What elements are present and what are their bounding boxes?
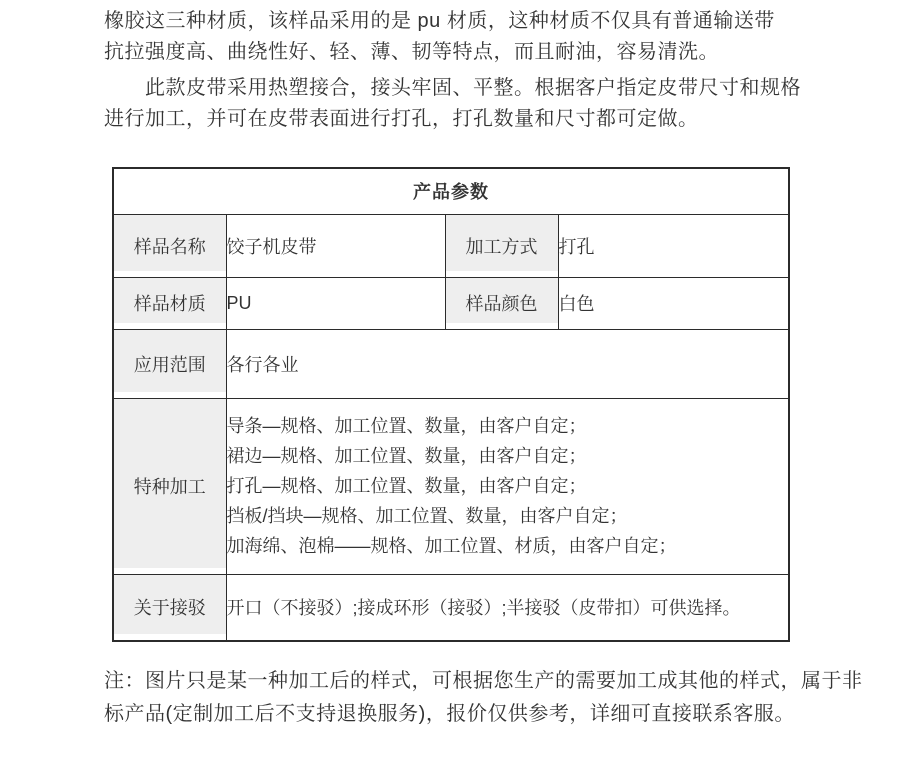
table-row-special-processing: 特种加工 导条—规格、加工位置、数量，由客户自定； 裙边—规格、加工位置、数量，… [113,398,789,574]
param-label-processing: 加工方式 [445,214,558,277]
param-label-joint: 关于接驳 [113,574,226,641]
param-value-material: PU [226,277,445,329]
param-label-material: 样品材质 [113,277,226,329]
param-value-joint: 开口（不接驳）;接成环形（接驳）;半接驳（皮带扣）可供选择。 [226,574,789,641]
intro-text: 橡胶这三种材质，该样品采用的是 pu 材质，这种材质不仅具有普通输送带 抗拉强度… [104,6,804,135]
param-label-application: 应用范围 [113,329,226,398]
param-value-color: 白色 [558,277,789,329]
table-row-material: 样品材质 PU 样品颜色 白色 [113,277,789,329]
table-title-row: 产品参数 [113,168,789,214]
table-title: 产品参数 [113,168,789,214]
param-value-sample-name: 饺子机皮带 [226,214,445,277]
table-row-joint: 关于接驳 开口（不接驳）;接成环形（接驳）;半接驳（皮带扣）可供选择。 [113,574,789,641]
footnote-line2: 标产品(定制加工后不支持退换服务)，报价仅供参考，详细可直接联系客服。 [104,698,810,731]
product-parameters-table: 产品参数 样品名称 饺子机皮带 加工方式 打孔 样品材质 PU 样品颜色 白色 … [112,167,790,642]
intro-p2-line2: 进行加工，并可在皮带表面进行打孔，打孔数量和尺寸都可定做。 [104,104,804,135]
special-processing-line-3: 打孔—规格、加工位置、数量，由客户自定； [227,471,789,501]
table-row-sample-name: 样品名称 饺子机皮带 加工方式 打孔 [113,214,789,277]
intro-p2-line1: 此款皮带采用热塑接合，接头牢固、平整。根据客户指定皮带尺寸和规格 [104,73,804,104]
param-label-color: 样品颜色 [445,277,558,329]
param-value-processing: 打孔 [558,214,789,277]
special-processing-line-2: 裙边—规格、加工位置、数量，由客户自定； [227,441,789,471]
product-detail-page: 橡胶这三种材质，该样品采用的是 pu 材质，这种材质不仅具有普通输送带 抗拉强度… [0,0,900,758]
special-processing-line-4: 挡板/挡块—规格、加工位置、数量，由客户自定； [227,501,789,531]
footnote-text: 注：图片只是某一种加工后的样式，可根据您生产的需要加工成其他的样式，属于非 标产… [104,665,810,731]
intro-p1-line1: 橡胶这三种材质，该样品采用的是 pu 材质，这种材质不仅具有普通输送带 [104,6,804,37]
table-row-application: 应用范围 各行各业 [113,329,789,398]
param-label-sample-name: 样品名称 [113,214,226,277]
param-value-application: 各行各业 [226,329,789,398]
special-processing-line-5: 加海绵、泡棉——规格、加工位置、材质，由客户自定； [227,531,789,561]
param-value-special-processing: 导条—规格、加工位置、数量，由客户自定； 裙边—规格、加工位置、数量，由客户自定… [226,398,789,574]
footnote-line1: 注：图片只是某一种加工后的样式，可根据您生产的需要加工成其他的样式，属于非 [104,665,810,698]
intro-p1-line2: 抗拉强度高、曲绕性好、轻、薄、韧等特点，而且耐油，容易清洗。 [104,37,804,68]
special-processing-line-1: 导条—规格、加工位置、数量，由客户自定； [227,411,789,441]
param-label-special-processing: 特种加工 [113,398,226,574]
